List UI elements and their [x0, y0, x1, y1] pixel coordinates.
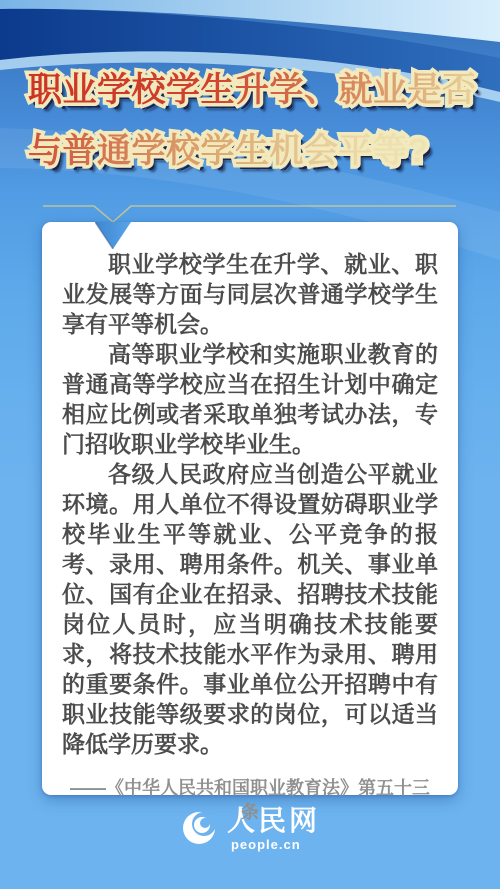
content-card: 职业学校学生在升学、就业、职业发展等方面与同层次普通学校学生享有平等机会。 高等… — [42, 222, 458, 795]
poster-title: 职业学校学生升学、就业是否 与普通学校学生机会平等? — [28, 60, 477, 182]
poster-page: 职业学校学生升学、就业是否 与普通学校学生机会平等? 职业学校学生在升学、就业、… — [0, 0, 500, 889]
law-attribution: ——《中华人民共和国职业教育法》第五十三条 — [62, 776, 438, 824]
brand-domain: people.cn — [227, 837, 320, 852]
title-line-1: 职业学校学生升学、就业是否 — [28, 60, 477, 121]
paragraph-1: 职业学校学生在升学、就业、职业发展等方面与同层次普通学校学生享有平等机会。 — [62, 249, 438, 339]
title-line-2: 与普通学校学生机会平等? — [28, 121, 477, 182]
card-notch — [95, 222, 131, 249]
paragraph-3: 各级人民政府应当创造公平就业环境。用人单位不得设置妨碍职业学校毕业生平等就业、公… — [62, 459, 438, 759]
paragraph-2: 高等职业学校和实施职业教育的普通高等学校应当在招生计划中确定相应比例或者采取单独… — [62, 339, 438, 459]
